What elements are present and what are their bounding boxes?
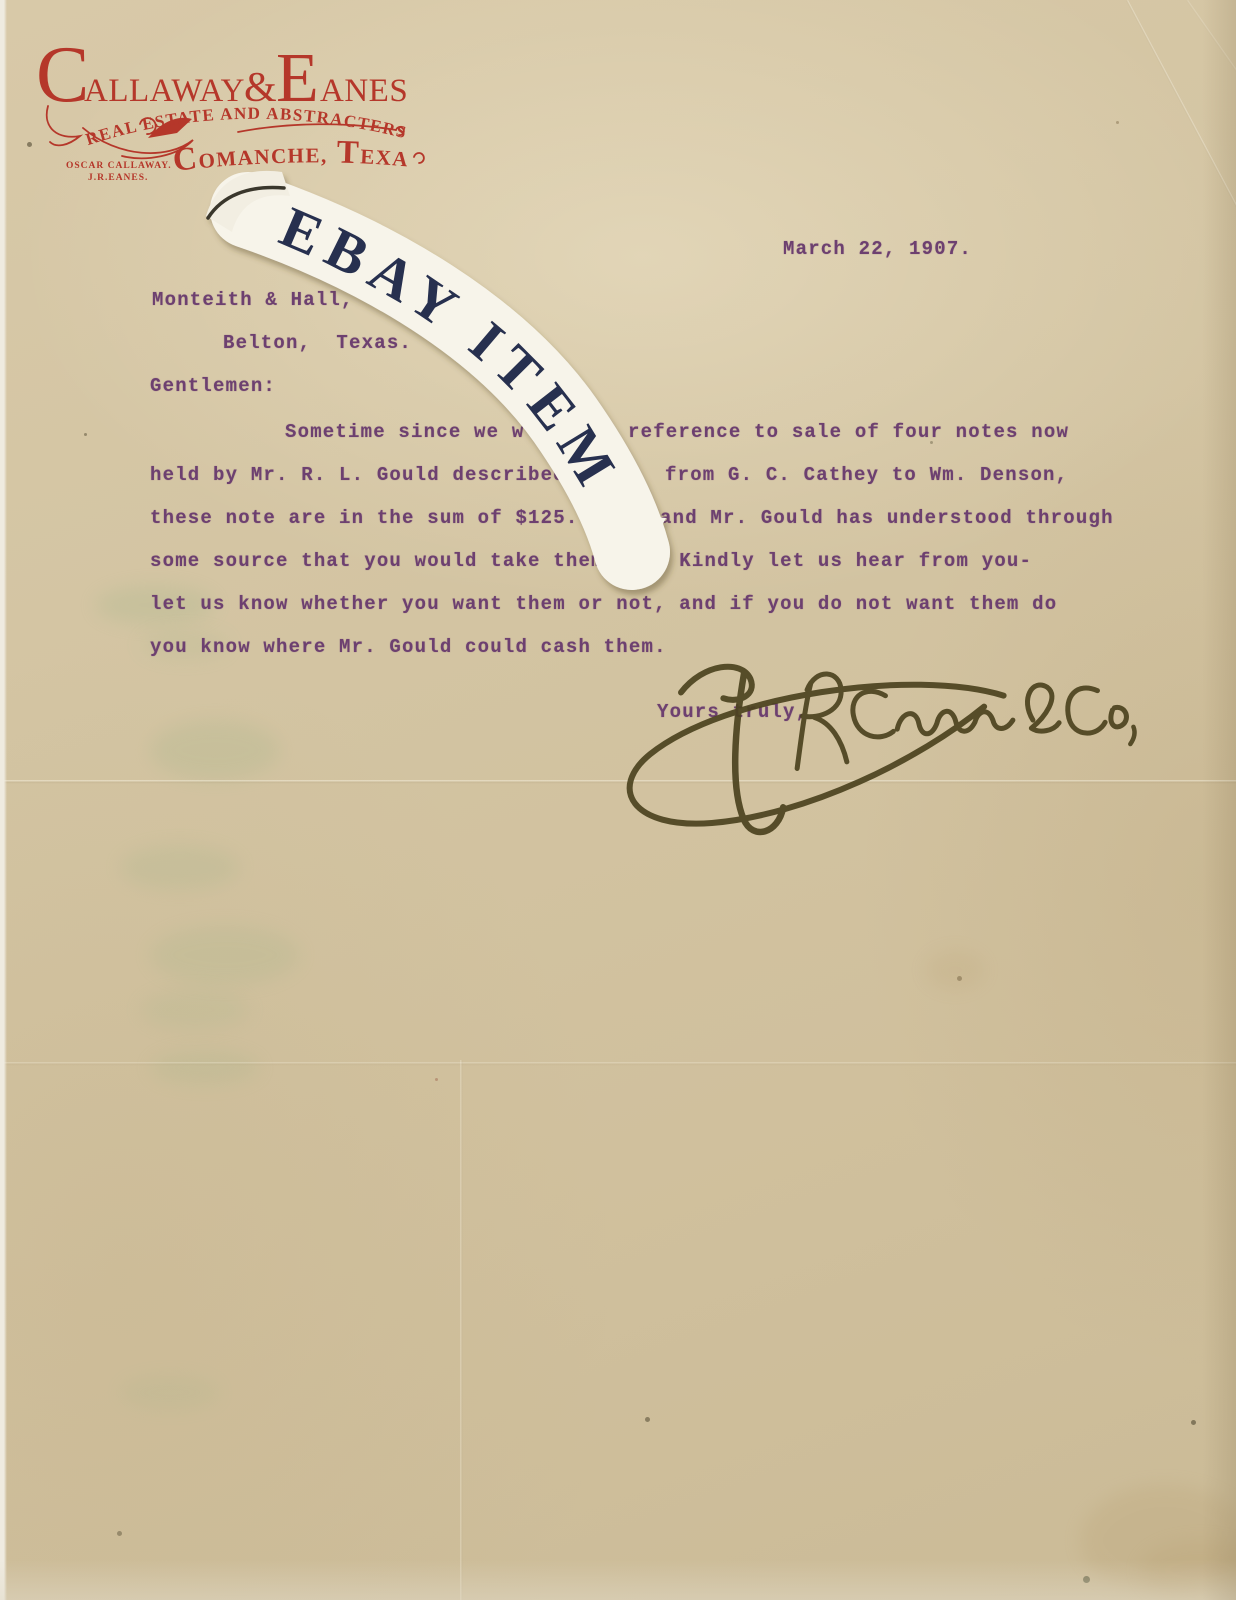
company-name-initial: C — [36, 31, 89, 119]
stain-brown — [1140, 1540, 1236, 1600]
signature — [588, 645, 1143, 845]
crease — [460, 1060, 463, 1600]
letter-date: March 22, 1907. — [783, 237, 972, 261]
body-line: from G. C. Cathey to Wm. Denson, — [665, 463, 1068, 487]
body-line: and Mr. Gould has understood through — [660, 506, 1114, 530]
stain-green — [150, 925, 300, 985]
stain-brown — [1080, 1485, 1236, 1595]
fold-crease — [0, 1062, 1236, 1066]
stain-brown — [925, 950, 985, 990]
stain-green — [150, 1050, 260, 1085]
ebay-item-strip: EBAY ITEM — [60, 140, 720, 600]
stain-green — [120, 1375, 220, 1410]
ebay-item-label: EBAY ITEM — [271, 194, 633, 504]
svg-text:EBAY ITEM: EBAY ITEM — [271, 194, 633, 504]
company-name-part: ALLAWAY — [84, 73, 245, 109]
letter-paper: C ALLAWAY & E ANES REAL E — [0, 0, 1236, 1600]
corner-crease — [1186, 0, 1236, 99]
company-name-part: ANES — [320, 73, 408, 109]
scanned-letter: C ALLAWAY & E ANES REAL E — [0, 0, 1236, 1600]
stain-green — [120, 845, 240, 890]
stain-green — [140, 990, 250, 1030]
stain-green — [150, 720, 280, 780]
scan-edge — [0, 0, 7, 1600]
corner-crease — [1126, 0, 1236, 292]
